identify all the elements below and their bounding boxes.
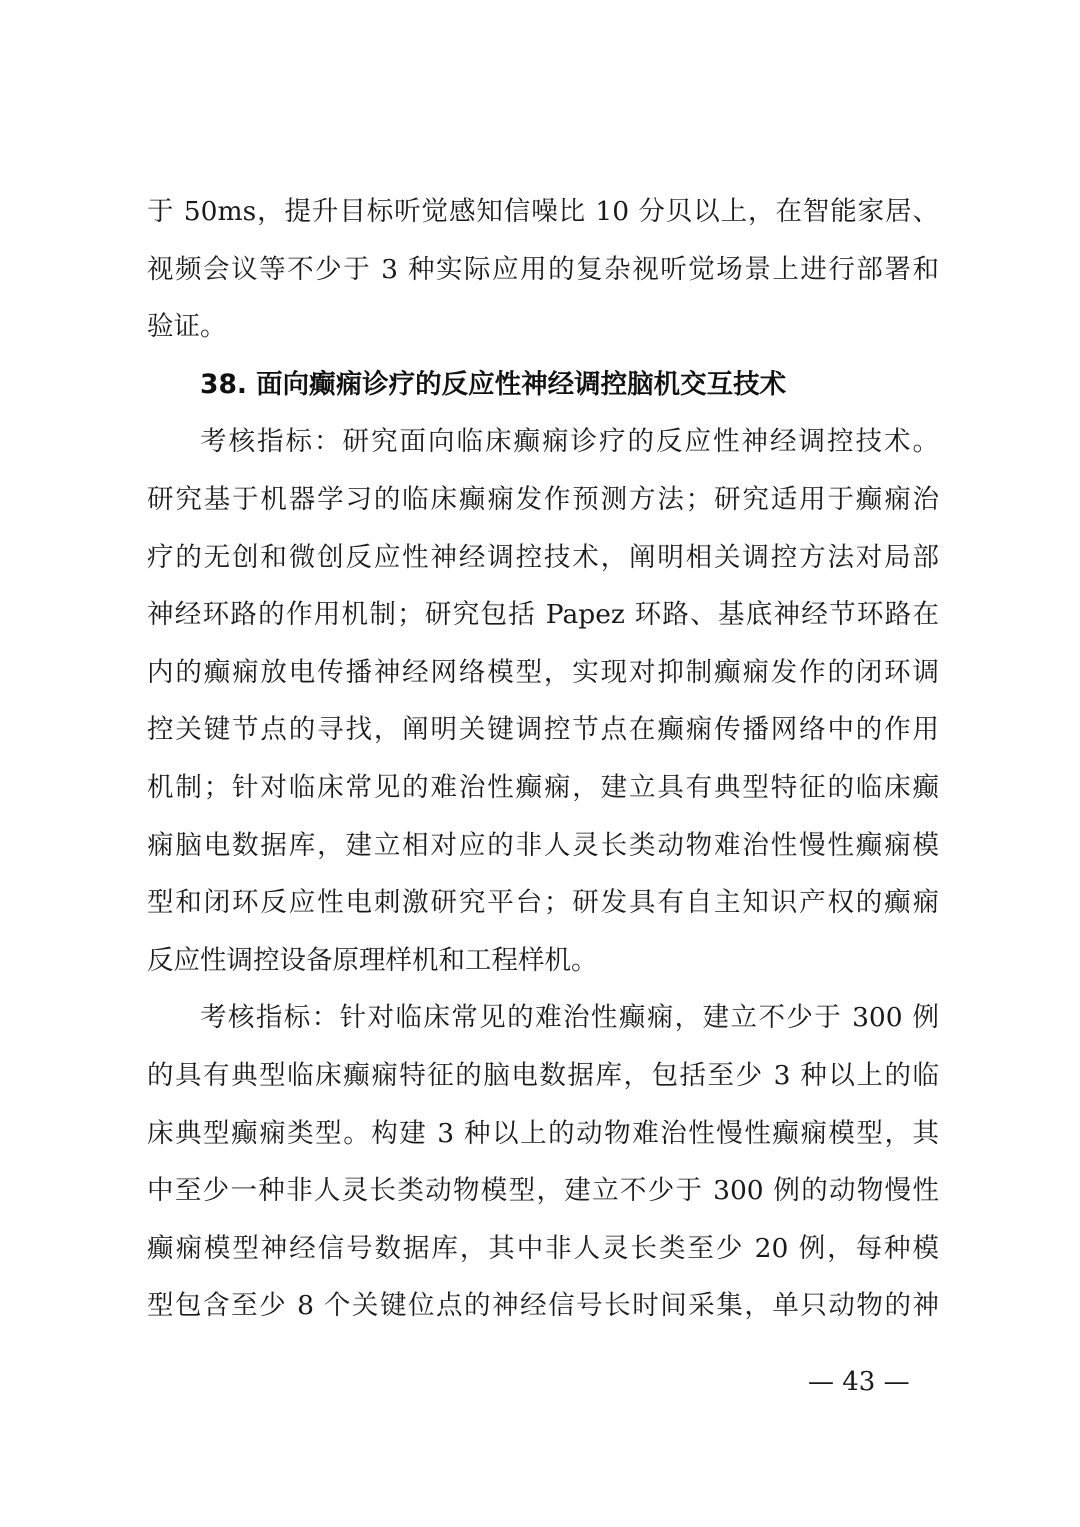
document-page: 于 50ms，提升目标听觉感知信噪比 10 分贝以上，在智能家居、 视频会议等不… xyxy=(147,183,939,1335)
page-number: — 43 — xyxy=(808,1364,910,1400)
paragraph-line: 型和闭环反应性电刺激研究平台；研发具有自主知识产权的癫痫 xyxy=(147,874,939,932)
body-text-line: 于 50ms，提升目标听觉感知信噪比 10 分贝以上，在智能家居、 xyxy=(147,183,939,241)
paragraph-line: 反应性调控设备原理样机和工程样机。 xyxy=(147,932,939,990)
paragraph-line: 考核指标：针对临床常见的难治性癫痫，建立不少于 300 例 xyxy=(147,989,939,1047)
paragraph-line: 考核指标：研究面向临床癫痫诊疗的反应性神经调控技术。 xyxy=(147,413,939,471)
paragraph-line: 床典型癫痫类型。构建 3 种以上的动物难治性慢性癫痫模型，其 xyxy=(147,1105,939,1163)
paragraph-line: 癫痫模型神经信号数据库，其中非人灵长类至少 20 例，每种模 xyxy=(147,1220,939,1278)
paragraph-line: 机制；针对临床常见的难治性癫痫，建立具有典型特征的临床癫 xyxy=(147,759,939,817)
body-text-line: 验证。 xyxy=(147,298,939,356)
paragraph-line: 的具有典型临床癫痫特征的脑电数据库，包括至少 3 种以上的临 xyxy=(147,1047,939,1105)
paragraph-line: 控关键节点的寻找，阐明关键调控节点在癫痫传播网络中的作用 xyxy=(147,701,939,759)
section-heading: 38. 面向癫痫诊疗的反应性神经调控脑机交互技术 xyxy=(147,356,939,414)
body-text-line: 视频会议等不少于 3 种实际应用的复杂视听觉场景上进行部署和 xyxy=(147,241,939,299)
paragraph-line: 研究基于机器学习的临床癫痫发作预测方法；研究适用于癫痫治 xyxy=(147,471,939,529)
paragraph-line: 痫脑电数据库，建立相对应的非人灵长类动物难治性慢性癫痫模 xyxy=(147,817,939,875)
paragraph-line: 中至少一种非人灵长类动物模型，建立不少于 300 例的动物慢性 xyxy=(147,1162,939,1220)
paragraph-line: 疗的无创和微创反应性神经调控技术，阐明相关调控方法对局部 xyxy=(147,529,939,587)
paragraph-line: 内的癫痫放电传播神经网络模型，实现对抑制癫痫发作的闭环调 xyxy=(147,644,939,702)
paragraph-line: 神经环路的作用机制；研究包括 Papez 环路、基底神经节环路在 xyxy=(147,586,939,644)
paragraph-line: 型包含至少 8 个关键位点的神经信号长时间采集，单只动物的神 xyxy=(147,1277,939,1335)
